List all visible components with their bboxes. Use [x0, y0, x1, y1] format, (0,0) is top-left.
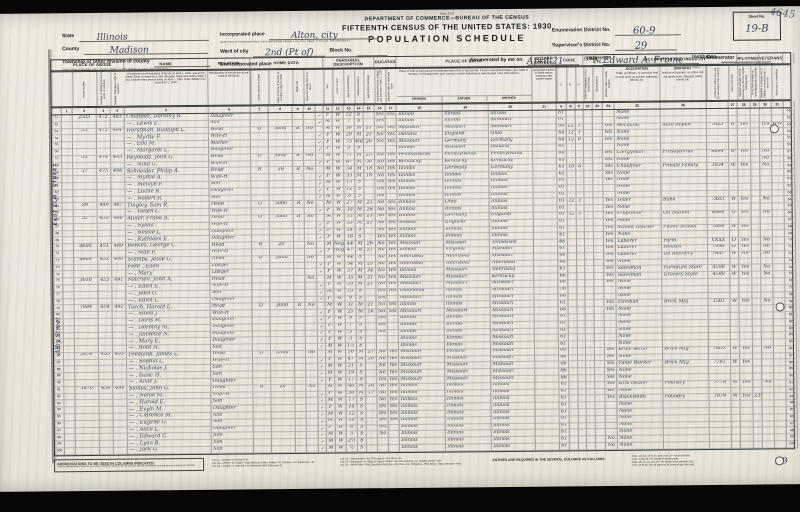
column-subheader: Class of worker	[728, 66, 737, 100]
column-subheader: Place of birth of each person enumerated…	[396, 68, 532, 103]
column-subheader: Age at last birthday	[343, 69, 354, 103]
column-number: 31	[772, 101, 784, 107]
column-group-label: CITIZENSHIP, ETC.	[583, 55, 614, 65]
cell: 61	[560, 443, 570, 450]
column-subheader: A	[556, 67, 566, 101]
column-group-label: NAME	[124, 59, 208, 70]
cell	[254, 446, 272, 453]
cell: None	[618, 443, 664, 450]
birthplace-subcolumn-label: MOTHER	[487, 96, 531, 101]
column-subheader: Language spoken in home before coming to…	[532, 67, 556, 101]
cell: M	[327, 446, 336, 453]
column-subheader: of each person whose place of abode on A…	[124, 71, 208, 106]
column-number: 14	[355, 105, 364, 111]
column-subheader: Does this family live on a farm?	[303, 70, 315, 104]
cell	[536, 444, 560, 451]
column-subheader: Whether a veteran of U.S. military or na…	[759, 65, 771, 99]
column-number: 7	[251, 106, 269, 112]
column-number: 27	[729, 102, 738, 108]
column-subheader: What war or expedition	[771, 65, 783, 99]
column-subheader: Year of immigration to the United States	[583, 67, 592, 101]
cell	[570, 443, 579, 450]
column-number: 23	[593, 103, 603, 109]
entries-item: Cols. 27 to 31—for all persons 10 years …	[632, 463, 782, 468]
cell: Illinois	[400, 445, 446, 452]
column-number: 18	[397, 105, 443, 111]
column-number: 9	[293, 106, 304, 112]
column-number: 21	[533, 103, 557, 109]
cell	[664, 442, 710, 449]
column-subheader: House number	[72, 72, 96, 106]
column-number: 20	[489, 104, 533, 110]
column-group-label	[783, 53, 794, 63]
column-subheader: OCCUPATIONTrade, profession, or particul…	[614, 66, 660, 100]
column-subheader: Radio set	[292, 70, 303, 104]
column-group-label: CODE	[556, 55, 583, 65]
column-number: 25	[615, 102, 661, 108]
column-number: 24	[603, 103, 615, 109]
abbreviation-item: Col. 31.—World War—WW; Spanish-American—…	[340, 463, 462, 467]
cell	[596, 443, 606, 450]
cell: ½	[347, 445, 358, 452]
footer: ABBREVIATIONS TO BE USED IN COLUMNS INDI…	[54, 450, 798, 489]
column-subheader: INDUSTRYIndustry or business, as cotton …	[660, 66, 706, 100]
column-group-label: PLACE OF BIRTH	[396, 56, 532, 67]
column-subheader: Sex	[323, 70, 332, 104]
cell: W	[336, 446, 347, 453]
cell	[587, 443, 596, 450]
cell	[754, 442, 763, 449]
abbreviations-box: ABBREVIATIONS TO BE USED IN COLUMNS INDI…	[54, 458, 204, 472]
column-subheader: CODE (For office use only. Do not write …	[706, 66, 728, 100]
column-number: A	[557, 103, 567, 109]
cell	[763, 441, 775, 448]
column-number	[784, 101, 795, 107]
column-number: 2	[73, 108, 97, 114]
column-subheader: Number of family in order of visitation	[110, 72, 124, 106]
column-number: 13	[344, 105, 355, 111]
column-group-label: EMPLOYMENT	[737, 54, 759, 64]
abbreviations-list: Col. 8.—Owned—O; Rented—R.Col. 12.—White…	[212, 456, 462, 468]
column-number: 19	[443, 104, 489, 110]
cell: No	[606, 443, 618, 450]
cell	[378, 445, 389, 452]
hole-punch	[776, 302, 785, 311]
abbreviation-item: Col. 14.—Single—S; Married—M; Widowed—Wd…	[212, 464, 334, 468]
cell	[579, 443, 587, 450]
column-number: 1	[62, 108, 73, 114]
column-group-label: OCCUPATION AND INDUSTRY	[614, 54, 737, 65]
cell: — , Jack G.	[128, 447, 212, 455]
column-group-label: RELATION	[208, 58, 250, 68]
column-number: 5	[125, 107, 209, 114]
column-subheader: Naturalization	[592, 67, 602, 101]
column-subheader: If not, line number on Unemployment Sche…	[750, 66, 759, 100]
column-number: 30	[760, 101, 772, 107]
column-group-label: EDUCATION	[374, 57, 396, 67]
entries-title: ENTRIES ARE REQUIRED IN THE SEVERAL COLU…	[474, 457, 624, 463]
cell: Son	[212, 446, 254, 453]
column-subheader: Value of home, if owned, or monthly rent…	[268, 70, 292, 104]
column-subheader: Number of dwelling house in order of vis…	[96, 72, 110, 106]
cell: 100	[787, 441, 798, 448]
birthplace-subcolumn-label: FATHER	[442, 96, 487, 101]
column-subheader: Relationship of this person to the head …	[208, 70, 250, 104]
column-number: 15	[364, 105, 375, 111]
column-subheader: Marital condition	[354, 69, 363, 103]
column-number: B	[567, 103, 576, 109]
cell	[741, 442, 754, 449]
column-number	[316, 106, 324, 112]
column-group-label: MOTHER TONGUE	[532, 55, 556, 65]
cell	[272, 446, 296, 453]
column-subheader: Attended school or college any time sinc…	[374, 69, 385, 103]
cell	[65, 448, 76, 455]
column-subheader: Whether able to read and write	[385, 69, 396, 103]
column-number: 28	[738, 102, 751, 108]
column-number: 8	[269, 106, 293, 112]
cell	[296, 446, 307, 453]
hole-punch	[770, 124, 779, 133]
cell	[367, 445, 378, 452]
column-number: 6	[209, 106, 251, 112]
column-subheader: Home owned or rented	[250, 70, 268, 104]
column-number: 11	[324, 106, 333, 112]
incorporated-label: Incorporated place	[220, 31, 265, 37]
column-group-label: PLACE OF ABODE	[61, 60, 124, 71]
cell	[76, 448, 100, 455]
cell	[100, 448, 114, 455]
column-subheader: Color or race	[332, 70, 343, 104]
column-number: 22	[584, 103, 593, 109]
column-number: C	[576, 103, 584, 109]
column-group-label: HOME DATA	[250, 58, 323, 69]
column-group-label: VETERANS	[759, 53, 783, 63]
cell	[307, 446, 319, 453]
sheet-value: 19-B	[745, 23, 769, 34]
column-number: 17	[386, 105, 397, 111]
abbreviations-note: (Use no abbreviations for birth or count…	[57, 465, 201, 469]
census-sheet: Form 15-6 DEPARTMENT OF COMMERCE—BUREAU …	[0, 6, 800, 492]
census-table: PLACE OF ABODENAMERELATIONHOME DATAPERSO…	[50, 52, 795, 456]
cell: S	[358, 445, 367, 452]
table-rows: EAST ELM - STREET Alby Street 5125034724…	[51, 108, 795, 456]
cell: ✓	[319, 446, 327, 453]
cell	[389, 445, 400, 452]
entries-list: Cols. 1 to 14, 17 to 20, and 24 to 26—fo…	[632, 453, 782, 467]
column-subheader: Whether actually at work yesterday (or t…	[737, 66, 750, 100]
column-number: 3	[97, 108, 111, 114]
column-number	[707, 102, 729, 108]
column-number: 12	[333, 106, 344, 112]
column-subheader: B	[566, 67, 575, 101]
cell: Illinois	[492, 444, 536, 451]
hole-punch	[775, 456, 784, 465]
column-group-label: PERSONAL DESCRIPTION	[323, 57, 374, 67]
column-number: 16	[375, 105, 386, 111]
column-number: 10	[304, 106, 316, 112]
column-subheader: Age at first marriage	[363, 69, 374, 103]
cell	[710, 442, 732, 449]
column-subheader: Whether able to speak English	[602, 67, 614, 101]
cell	[775, 441, 787, 448]
cell	[114, 448, 128, 455]
birthplace-subcolumn-label: PERSON	[397, 97, 442, 102]
cell: Illinois	[446, 444, 492, 451]
scanned-census-page: { "document": { "form_no": "Form 15-6", …	[0, 0, 800, 512]
column-number: 26	[661, 102, 707, 108]
column-number: 4	[111, 108, 125, 114]
cell	[732, 442, 741, 449]
column-number: 29	[751, 102, 760, 108]
